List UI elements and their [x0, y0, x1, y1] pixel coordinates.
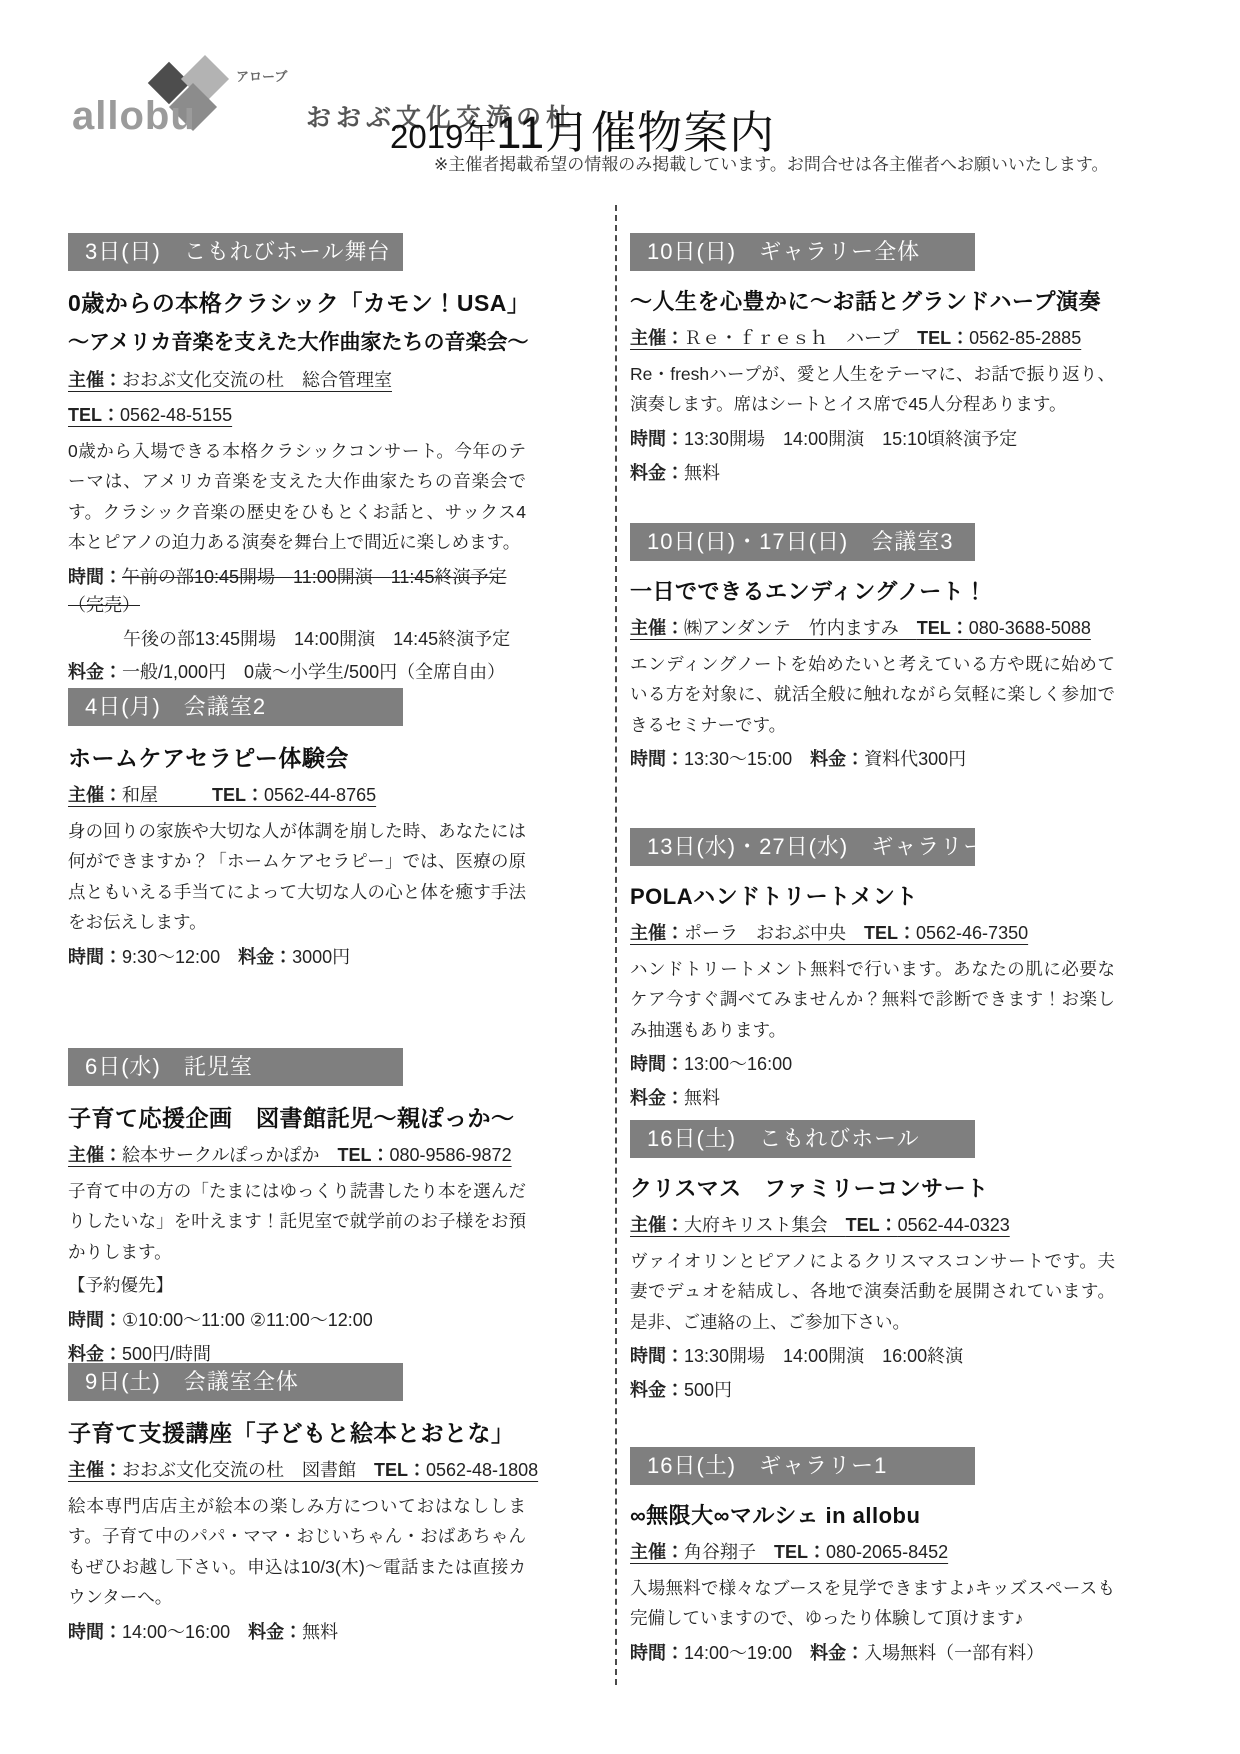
flyer-page: アローブ allobu おおぶ文化交流の杜 2019年11月催物案内 ※主催者掲… — [0, 0, 1240, 1754]
event-title: クリスマス ファミリーコンサート — [630, 1172, 1115, 1203]
time-row: 時間：①10:00～11:00 ②11:00～12:00 — [68, 1307, 526, 1335]
time-row-2: 午後の部13:45開場 14:00開演 14:45終演予定 — [68, 626, 526, 654]
event-block-9th: 9日(土) 会議室全体 子育て支援講座「子どもと絵本とおとな」 主催：おおぶ文化… — [68, 1363, 526, 1653]
time-label: 時間： — [630, 1054, 684, 1074]
organizer-value: 角谷翔子 — [684, 1542, 774, 1562]
organizer-tel-line: 主催：大府キリスト集会 TEL：0562-44-0323 — [630, 1211, 1115, 1237]
tel-value: 0562-48-5155 — [120, 405, 232, 425]
event-block-10th-17th: 10日(日)・17日(日) 会議室3 一日でできるエンディングノート！ 主催：㈱… — [630, 523, 1115, 780]
event-header: 13日(水)・27日(水) ギャラリー1 — [630, 828, 975, 866]
time-value: 14:00～19:00 — [684, 1643, 810, 1663]
allobu-logo: アローブ allobu おおぶ文化交流の杜 — [58, 64, 418, 144]
time-row: 時間：13:30開場 14:00開演 16:00終演 — [630, 1343, 1115, 1371]
organizer-tel-line: 主催：角谷翔子 TEL：080-2065-8452 — [630, 1538, 1115, 1564]
event-description: 0歳から入場できる本格クラシックコンサート。今年のテーマは、アメリカ音楽を支えた… — [68, 436, 526, 558]
allobu-logo-mark: アローブ allobu — [58, 64, 298, 144]
fee-value: 一般/1,000円 0歳～小学生/500円（全席自由） — [122, 662, 505, 682]
event-description: Re・freshハープが、愛と人生をテーマに、お話で振り返り、演奏します。席はシ… — [630, 359, 1115, 420]
organizer-line: 主催：おおぶ文化交流の杜 総合管理室 — [68, 366, 526, 392]
tel-label: TEL： — [212, 785, 264, 805]
event-header: 10日(日)・17日(日) 会議室3 — [630, 523, 975, 561]
fee-label: 料金： — [68, 662, 122, 682]
event-title: 子育て応援企画 図書館託児～親ぽっか～ — [68, 1100, 526, 1133]
event-description: 子育て中の方の「たまにはゆっくり読書したり本を選んだりしたいな」を叶えます！託児… — [68, 1176, 526, 1267]
organizer-label: 主催： — [68, 370, 122, 390]
fee-label: 料金： — [630, 1380, 684, 1400]
tel-value: 0562-46-7350 — [916, 923, 1028, 943]
event-block-3rd: 3日(日) こもれびホール舞台 0歳からの本格クラシック「カモン！USA」 ～ア… — [68, 233, 526, 693]
time-label: 時間： — [68, 947, 122, 967]
event-title: ∞無限大∞マルシェ in allobu — [630, 1499, 1115, 1530]
fee-value: 3000円 — [292, 947, 350, 967]
organizer-tel-line: 主催：おおぶ文化交流の杜 図書館 TEL：0562-48-1808 — [68, 1456, 526, 1482]
event-description: 入場無料で様々なブースを見学できますよ♪キッズスペースも完備していますので、ゆっ… — [630, 1573, 1115, 1634]
time-fee-row: 時間：9:30～12:00 料金：3000円 — [68, 944, 526, 972]
event-block-6th: 6日(水) 託児室 子育て応援企画 図書館託児～親ぽっか～ 主催：絵本サークルぽ… — [68, 1048, 526, 1375]
event-description: ハンドトリートメント無料で行います。あなたの肌に必要なケア今すぐ調べてみませんか… — [630, 954, 1115, 1045]
fee-label: 料金： — [248, 1622, 302, 1642]
organizer-value: おおぶ文化交流の杜 図書館 — [122, 1460, 374, 1480]
event-title: POLAハンドトリートメント — [630, 880, 1115, 911]
organizer-tel-line: 主催：ポーラ おおぶ中央 TEL：0562-46-7350 — [630, 919, 1115, 945]
organizer-value: ポーラ おおぶ中央 — [684, 923, 864, 943]
logo-katakana: アローブ — [236, 66, 287, 85]
event-block-4th: 4日(月) 会議室2 ホームケアセラピー体験会 主催：和屋 TEL：0562-4… — [68, 688, 526, 978]
time-value: 13:30開場 14:00開演 16:00終演 — [684, 1346, 963, 1366]
event-description: ヴァイオリンとピアノによるクリスマスコンサートです。夫妻でデュオを結成し、各地で… — [630, 1246, 1115, 1337]
time-label: 時間： — [68, 567, 122, 587]
event-description: 絵本専門店店主が絵本の楽しみ方についておはなしします。子育て中のパパ・ママ・おじ… — [68, 1491, 526, 1613]
event-title: ホームケアセラピー体験会 — [68, 740, 526, 773]
tel-label: TEL： — [374, 1460, 426, 1480]
organizer-value: 和屋 — [122, 785, 212, 805]
event-header: 4日(月) 会議室2 — [68, 688, 403, 726]
time-label: 時間： — [68, 1622, 122, 1642]
event-title: 子育て支援講座「子どもと絵本とおとな」 — [68, 1415, 526, 1448]
time-fee-row: 時間：14:00～19:00 料金：入場無料（一部有料） — [630, 1640, 1115, 1668]
time-label: 時間： — [68, 1310, 122, 1330]
event-header: 16日(土) ギャラリー1 — [630, 1447, 975, 1485]
tel-label: TEL： — [917, 618, 969, 638]
organizer-tel-line: 主催：和屋 TEL：0562-44-8765 — [68, 781, 526, 807]
time-row: 時間：13:00～16:00 — [630, 1051, 1115, 1079]
tel-value: 080-9586-9872 — [389, 1145, 511, 1165]
organizer-tel-line: 主催：㈱アンダンテ 竹内ますみ TEL：080-3688-5088 — [630, 614, 1115, 640]
organizer-label: 主催： — [68, 1460, 122, 1480]
event-header: 9日(土) 会議室全体 — [68, 1363, 403, 1401]
tel-value: 080-3688-5088 — [969, 618, 1091, 638]
disclaimer-note: ※主催者掲載希望の情報のみ掲載しています。お問合せは各主催者へお願いいたします。 — [434, 150, 1109, 175]
organizer-label: 主催： — [630, 1542, 684, 1562]
time-fee-row: 時間：14:00～16:00 料金：無料 — [68, 1619, 526, 1647]
fee-value: 入場無料（一部有料） — [864, 1643, 1044, 1663]
event-block-16th-hall: 16日(土) こもれびホール クリスマス ファミリーコンサート 主催：大府キリス… — [630, 1120, 1115, 1411]
time-row: 時間：13:30開場 14:00開演 15:10頃終演予定 — [630, 426, 1115, 454]
event-title: 0歳からの本格クラシック「カモン！USA」 — [68, 285, 526, 318]
tel-line: TEL：0562-48-5155 — [68, 401, 526, 427]
time-fee-row: 時間：13:30～15:00 料金：資料代300円 — [630, 746, 1115, 774]
fee-label: 料金： — [630, 463, 684, 483]
fee-row: 料金：無料 — [630, 1085, 1115, 1113]
event-description-note: 【予約優先】 — [68, 1270, 526, 1300]
tel-value: 0562-44-8765 — [264, 785, 376, 805]
organizer-value: Ｒｅ・ｆｒｅｓｈ ハープ — [684, 328, 917, 348]
fee-value: 500円/時間 — [122, 1344, 211, 1364]
tel-label: TEL： — [917, 328, 969, 348]
time-value: 13:00～16:00 — [684, 1054, 792, 1074]
event-header: 10日(日) ギャラリー全体 — [630, 233, 975, 271]
fee-row: 料金：500円 — [630, 1377, 1115, 1405]
time-value: 9:30～12:00 — [122, 947, 238, 967]
organizer-value: 絵本サークルぽっかぽか — [122, 1145, 337, 1165]
event-subtitle: ～アメリカ音楽を支えた大作曲家たちの音楽会～ — [68, 326, 526, 356]
fee-value: 無料 — [684, 1088, 720, 1108]
event-description: 身の回りの家族や大切な人が体調を崩した時、あなたには何ができますか？「ホームケア… — [68, 816, 526, 938]
fee-value: 500円 — [684, 1380, 732, 1400]
organizer-label: 主催： — [630, 923, 684, 943]
tel-value: 0562-48-1808 — [426, 1460, 538, 1480]
event-header: 16日(土) こもれびホール — [630, 1120, 975, 1158]
tel-label: TEL： — [774, 1542, 826, 1562]
organizer-tel-line: 主催：Ｒｅ・ｆｒｅｓｈ ハープ TEL：0562-85-2885 — [630, 324, 1115, 350]
time-value: ①10:00～11:00 ②11:00～12:00 — [122, 1310, 373, 1330]
tel-label: TEL： — [68, 405, 120, 425]
organizer-value: ㈱アンダンテ 竹内ますみ — [684, 618, 917, 638]
fee-label: 料金： — [810, 749, 864, 769]
organizer-label: 主催： — [68, 1145, 122, 1165]
event-description: エンディングノートを始めたいと考えている方や既に始めている方を対象に、就活全般に… — [630, 649, 1115, 740]
organizer-tel-line: 主催：絵本サークルぽっかぽか TEL：080-9586-9872 — [68, 1141, 526, 1167]
time-value: 13:30開場 14:00開演 15:10頃終演予定 — [684, 429, 1017, 449]
fee-label: 料金： — [238, 947, 292, 967]
fee-row: 料金：一般/1,000円 0歳～小学生/500円（全席自由） — [68, 659, 526, 687]
tel-value: 080-2065-8452 — [826, 1542, 948, 1562]
organizer-label: 主催： — [68, 785, 122, 805]
organizer-label: 主催： — [630, 618, 684, 638]
event-block-16th-gallery: 16日(土) ギャラリー1 ∞無限大∞マルシェ in allobu 主催：角谷翔… — [630, 1447, 1115, 1674]
organizer-label: 主催： — [630, 328, 684, 348]
time-label: 時間： — [630, 749, 684, 769]
column-divider — [615, 205, 617, 1685]
time-value: 14:00～16:00 — [122, 1622, 248, 1642]
tel-value: 0562-44-0323 — [898, 1215, 1010, 1235]
time-row: 時間：午前の部10:45開場 11:00開演 11:45終演予定（完売） — [68, 564, 526, 620]
fee-value: 資料代300円 — [864, 749, 966, 769]
tel-label: TEL： — [864, 923, 916, 943]
tel-label: TEL： — [337, 1145, 389, 1165]
event-title: 一日でできるエンディングノート！ — [630, 575, 1115, 606]
event-block-13th-27th: 13日(水)・27日(水) ギャラリー1 POLAハンドトリートメント 主催：ポ… — [630, 828, 1115, 1119]
time-value: 13:30～15:00 — [684, 749, 810, 769]
event-title: ～人生を心豊かに～お話とグランドハープ演奏 — [630, 285, 1115, 316]
fee-row: 料金：無料 — [630, 460, 1115, 488]
time-label: 時間： — [630, 1346, 684, 1366]
fee-value: 無料 — [302, 1622, 338, 1642]
time-label: 時間： — [630, 429, 684, 449]
organizer-label: 主催： — [630, 1215, 684, 1235]
tel-value: 0562-85-2885 — [969, 328, 1081, 348]
time-label: 時間： — [630, 1643, 684, 1663]
fee-label: 料金： — [810, 1643, 864, 1663]
fee-value: 無料 — [684, 463, 720, 483]
organizer-value: 大府キリスト集会 — [684, 1215, 846, 1235]
event-header: 6日(水) 託児室 — [68, 1048, 403, 1086]
logo-wordmark: allobu — [72, 94, 196, 139]
fee-label: 料金： — [68, 1344, 122, 1364]
time-value-afternoon: 午後の部13:45開場 14:00開演 14:45終演予定 — [123, 629, 510, 649]
organizer-value: おおぶ文化交流の杜 総合管理室 — [122, 370, 392, 390]
time-value-soldout: 午前の部10:45開場 11:00開演 11:45終演予定（完売） — [68, 567, 506, 615]
event-header: 3日(日) こもれびホール舞台 — [68, 233, 403, 271]
event-block-10th-gallery: 10日(日) ギャラリー全体 ～人生を心豊かに～お話とグランドハープ演奏 主催：… — [630, 233, 1115, 494]
fee-label: 料金： — [630, 1088, 684, 1108]
tel-label: TEL： — [846, 1215, 898, 1235]
